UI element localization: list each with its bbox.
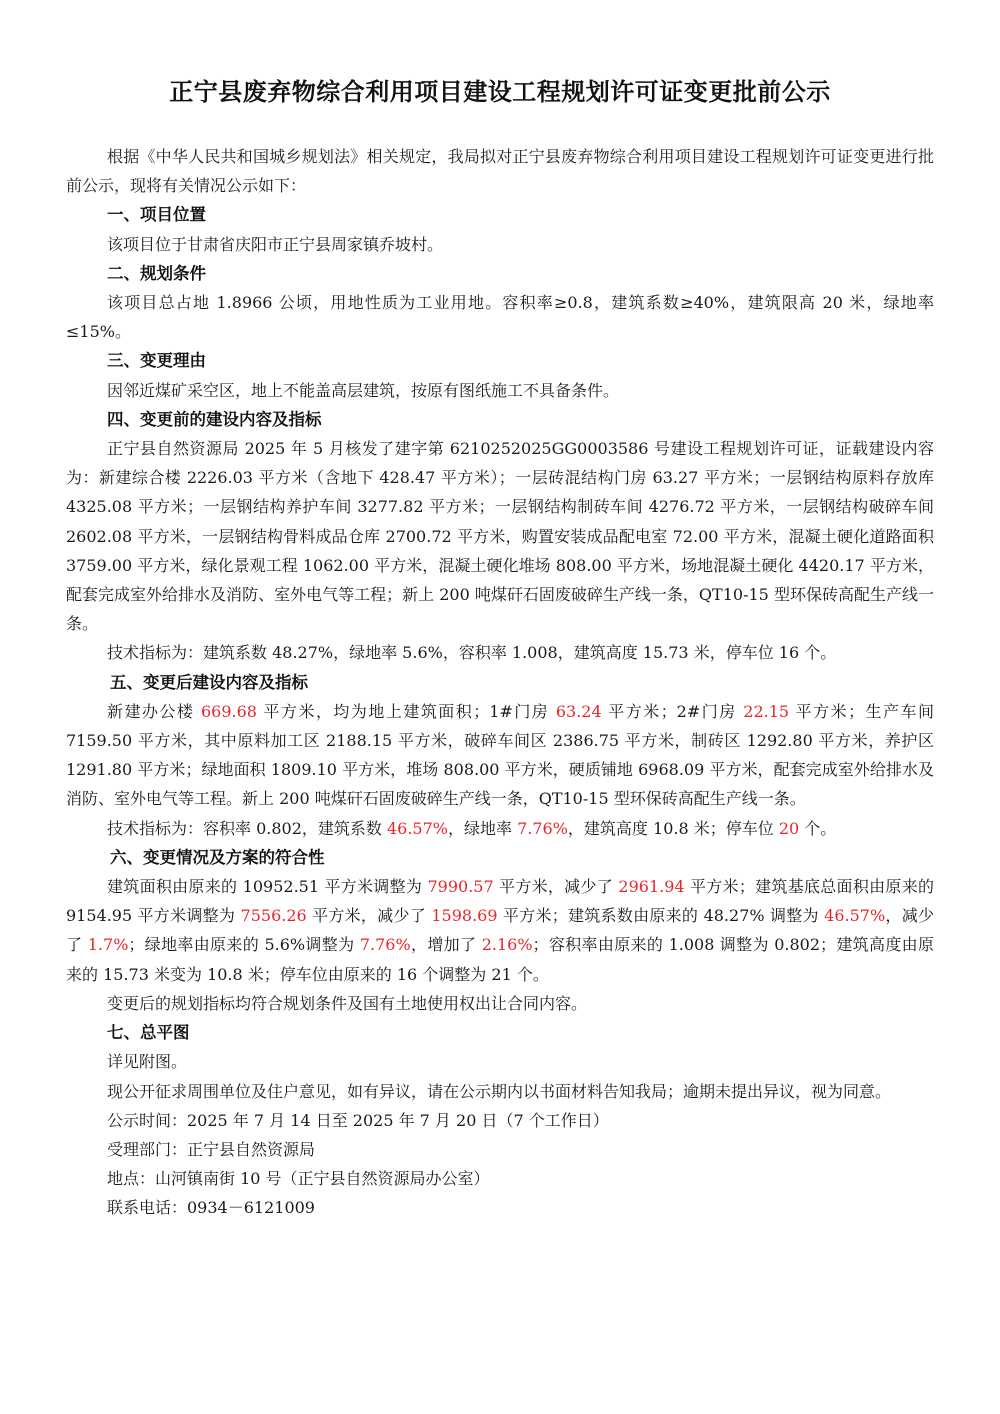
publicity-period: 公示时间：2025 年 7 月 14 日至 2025 年 7 月 20 日（7 …	[66, 1106, 934, 1135]
document-body: 根据《中华人民共和国城乡规划法》相关规定，我局拟对正宁县废弃物综合利用项目建设工…	[66, 142, 934, 1223]
text: ，绿地率	[448, 819, 517, 838]
section-3-text: 因邻近煤矿采空区，地上不能盖高层建筑，按原有图纸施工不具备条件。	[66, 376, 934, 405]
text: ，增加了	[411, 935, 482, 954]
text: 平方米，均为地上建筑面积；1#门房	[257, 702, 556, 721]
text: 个。	[799, 819, 836, 838]
text: 建筑面积由原来的 10952.51 平方米调整为	[107, 877, 427, 896]
section-6-compliance: 变更后的规划指标均符合规划条件及国有土地使用权出让合同内容。	[66, 989, 934, 1018]
section-2-heading: 二、规划条件	[66, 259, 934, 288]
highlight-value: 7556.26	[241, 906, 307, 925]
highlight-value: 7.76%	[360, 935, 411, 954]
text: 平方米；2#门房	[602, 702, 744, 721]
highlight-value: 2.16%	[482, 935, 533, 954]
highlight-value: 1.7%	[88, 935, 129, 954]
office-location: 地点：山河镇南街 10 号（正宁县自然资源局办公室）	[66, 1164, 934, 1193]
contact-info: 公示时间：2025 年 7 月 14 日至 2025 年 7 月 20 日（7 …	[66, 1106, 934, 1223]
text: ；绿地率由原来的 5.6%调整为	[128, 935, 359, 954]
section-1-text: 该项目位于甘肃省庆阳市正宁县周家镇乔坡村。	[66, 230, 934, 259]
text: 技术指标为：容积率 0.802，建筑系数	[107, 819, 387, 838]
highlight-value: 2961.94	[618, 877, 684, 896]
section-7-heading: 七、总平图	[66, 1018, 934, 1047]
text: 新建办公楼	[107, 702, 201, 721]
objection-notice: 现公开征求周围单位及住户意见，如有异议，请在公示期内以书面材料告知我局；逾期未提…	[66, 1077, 934, 1106]
highlight-value: 46.57%	[824, 906, 885, 925]
accepting-department: 受理部门：正宁县自然资源局	[66, 1135, 934, 1164]
contact-phone: 联系电话：0934－6121009	[66, 1193, 934, 1222]
highlight-value: 22.15	[743, 702, 789, 721]
text: ，建筑高度 10.8 米；停车位	[568, 819, 779, 838]
highlight-value: 7.76%	[517, 819, 568, 838]
section-5-content: 新建办公楼 669.68 平方米，均为地上建筑面积；1#门房 63.24 平方米…	[66, 697, 934, 814]
text: 平方米，减少了	[307, 906, 432, 925]
section-5-indicators: 技术指标为：容积率 0.802，建筑系数 46.57%，绿地率 7.76%，建筑…	[66, 814, 934, 843]
highlight-value: 46.57%	[387, 819, 448, 838]
document-page: 正宁县废弃物综合利用项目建设工程规划许可证变更批前公示 根据《中华人民共和国城乡…	[0, 0, 1000, 1414]
section-2-text: 该项目总占地 1.8966 公顷，用地性质为工业用地。容积率≥0.8，建筑系数≥…	[66, 288, 934, 346]
section-1-heading: 一、项目位置	[66, 200, 934, 229]
section-4-heading: 四、变更前的建设内容及指标	[66, 405, 934, 434]
section-6-changes: 建筑面积由原来的 10952.51 平方米调整为 7990.57 平方米，减少了…	[66, 872, 934, 989]
text: 平方米；建筑系数由原来的 48.27% 调整为	[498, 906, 825, 925]
highlight-value: 7990.57	[427, 877, 493, 896]
section-5-heading: 五、变更后建设内容及指标	[66, 668, 934, 697]
section-4-content: 正宁县自然资源局 2025 年 5 月核发了建字第 6210252025GG00…	[66, 434, 934, 638]
section-4-indicators: 技术指标为：建筑系数 48.27%，绿地率 5.6%，容积率 1.008，建筑高…	[66, 638, 934, 667]
highlight-value: 63.24	[556, 702, 602, 721]
section-6-heading: 六、变更情况及方案的符合性	[66, 843, 934, 872]
section-3-heading: 三、变更理由	[66, 346, 934, 375]
section-7-text: 详见附图。	[66, 1047, 934, 1076]
highlight-value: 1598.69	[431, 906, 497, 925]
intro-paragraph: 根据《中华人民共和国城乡规划法》相关规定，我局拟对正宁县废弃物综合利用项目建设工…	[66, 142, 934, 200]
highlight-value: 669.68	[201, 702, 257, 721]
highlight-value: 20	[779, 819, 799, 838]
text: 平方米，减少了	[494, 877, 619, 896]
document-title: 正宁县废弃物综合利用项目建设工程规划许可证变更批前公示	[0, 72, 1000, 107]
